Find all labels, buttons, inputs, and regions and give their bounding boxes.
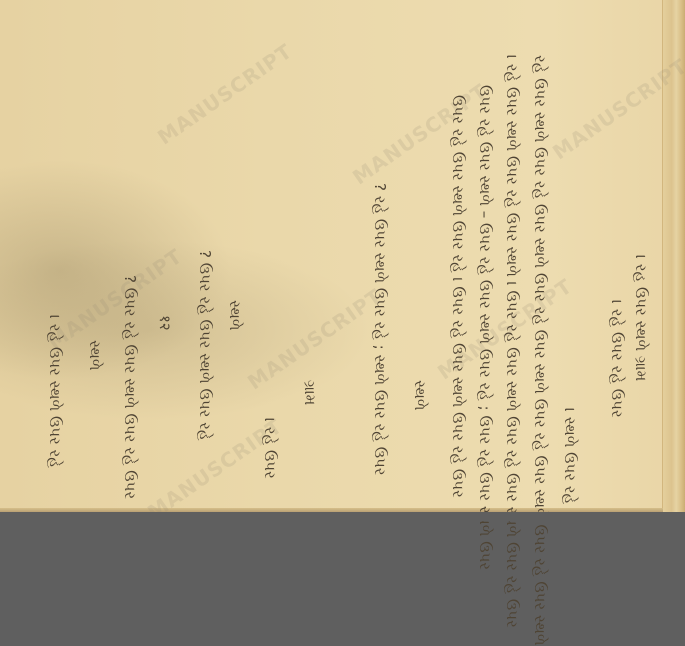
handwritten-line: ? રહે ઉપર સ્થળે ઉપર રહે ; સ્થળે ઉપર રહે … <box>371 183 389 476</box>
handwritten-line: । રહે ઉપર <box>261 418 279 479</box>
handwritten-line: । રહે ઉપર સ્થળે ઉપર રહે <box>46 315 64 468</box>
handwritten-line: રહે ઉપર સ્થળે ઉપર રહે ઉપર સ્થળે ઉપર રહે … <box>531 55 549 521</box>
handwritten-line: ? ઉપર રહે ઉપર સ્થળે ઉપર રહે <box>196 250 214 441</box>
handwritten-line: સ્થળે <box>411 380 429 411</box>
manuscript-page: MANUSCRIPTMANUSCRIPTMANUSCRIPTMANUSCRIPT… <box>0 0 685 512</box>
watermark: MANUSCRIPT <box>152 66 257 150</box>
watermark: MANUSCRIPT <box>347 106 452 190</box>
handwritten-line: । સ્થળે ઉપર રહે <box>561 408 579 504</box>
handwritten-line: १२ <box>156 315 174 331</box>
handwritten-line: ગ્રામ <box>301 380 319 405</box>
scan-background-strip <box>0 512 685 521</box>
handwritten-line: । રહે ઉપર સ્થળે ઉપર રહે ઉપર સ્થળે । ઉપર … <box>503 55 521 521</box>
handwritten-line: ઉપર રહે ઉપર સ્થળે – ઉપર રહે ઉપર સ્થળે ઉપ… <box>476 85 494 521</box>
watermark: MANUSCRIPT <box>242 311 347 395</box>
handwritten-line: ? ઉપર રહે ઉપર સ્થળે ઉપર રહે ઉપર <box>121 275 139 499</box>
handwritten-line: સ્થળે <box>226 300 244 331</box>
watermark: MANUSCRIPT <box>547 81 652 165</box>
handwritten-line: । રહે ઉપર રહે ઉપર <box>608 300 626 418</box>
handwritten-line: । રહ ઉપર સ્થળે ગ્રામ <box>632 255 650 381</box>
handwritten-line: ઉપર રહે ઉપર સ્થળે ઉપર રહે । ઉપર રહે ઉપર … <box>449 95 467 498</box>
handwritten-line: સ્થળે <box>86 340 104 371</box>
